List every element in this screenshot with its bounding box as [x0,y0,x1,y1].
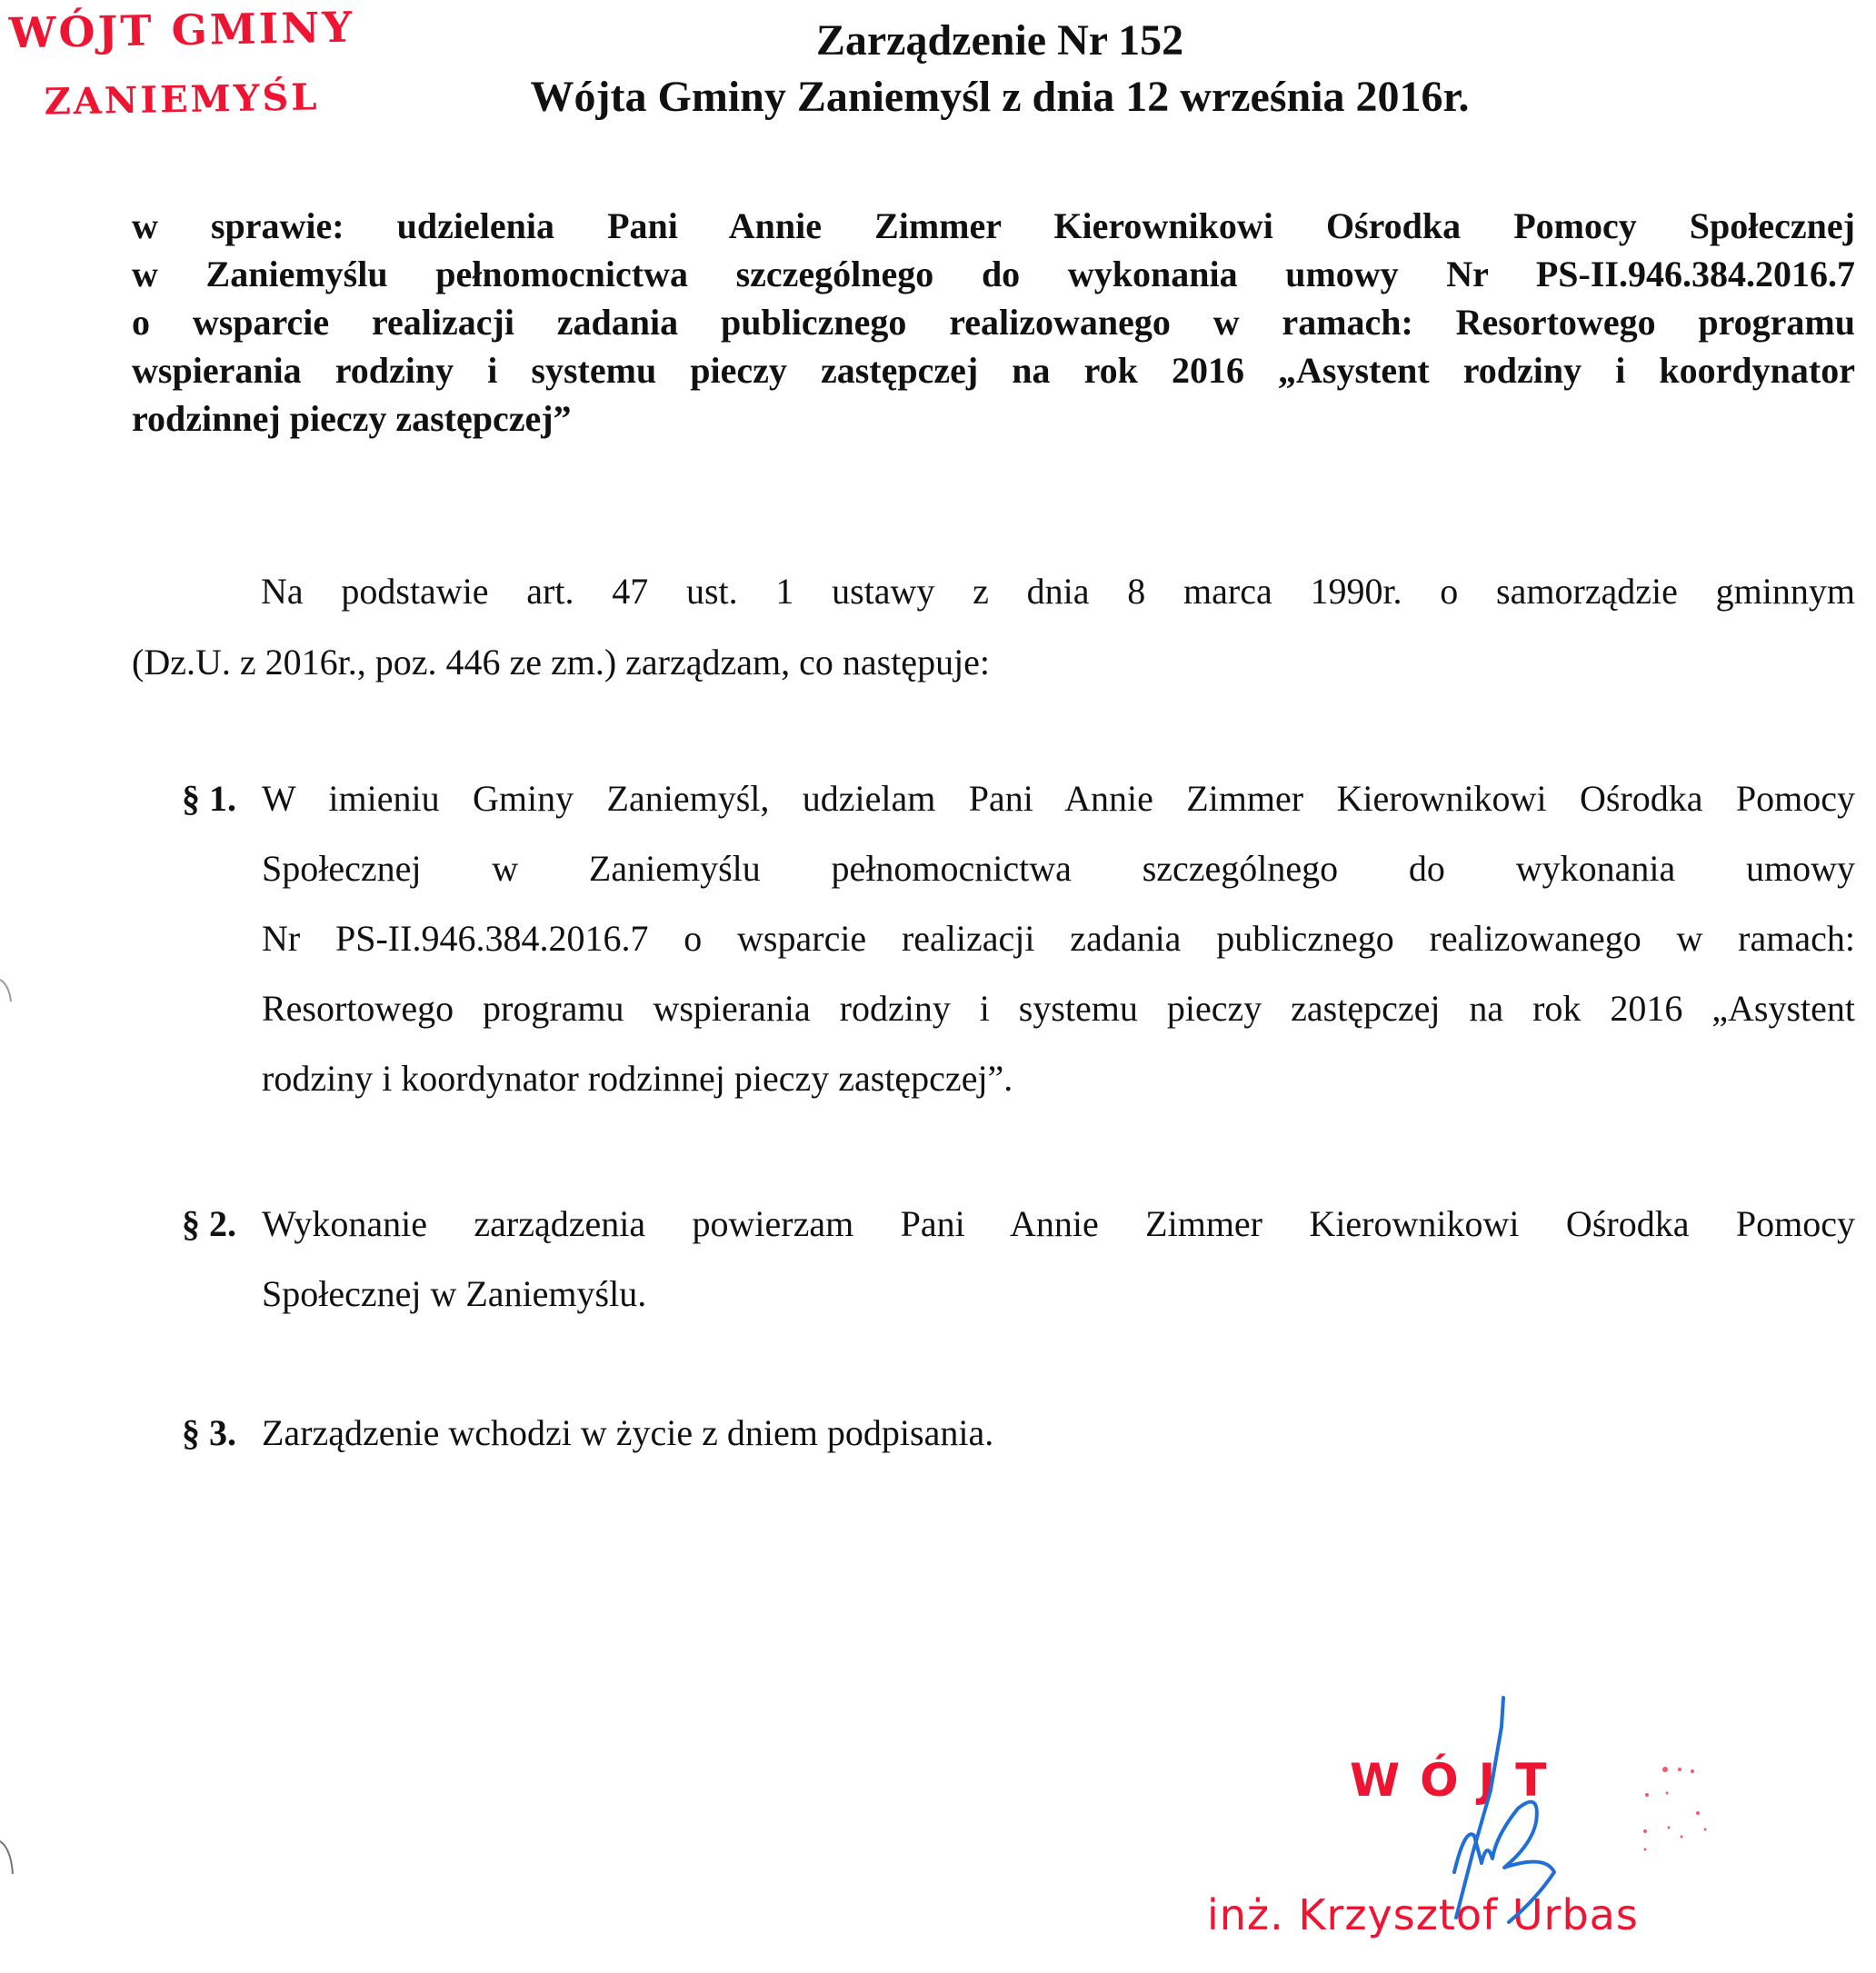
paragraph-line: Resortowego programu wspierania rodziny … [262,973,1855,1043]
paragraph-number: § 2. [182,1189,236,1259]
paragraph-number: § 3. [182,1398,236,1468]
paragraph-3: § 3. Zarządzenie wchodzi w życie z dniem… [182,1398,1855,1468]
scan-edge-mark-icon [0,972,18,1009]
document-header: Zarządzenie Nr 152 Wójta Gminy Zaniemyśl… [409,13,1591,125]
subject-line: w sprawie: udzielenia Pani Annie Zimmer … [132,202,1855,250]
document-subtitle: Wójta Gminy Zaniemyśl z dnia 12 września… [409,69,1591,125]
preamble-line: (Dz.U. z 2016r., poz. 446 ze zm.) zarząd… [132,627,1855,698]
paragraph-line: Zarządzenie wchodzi w życie z dniem podp… [262,1398,1855,1468]
subject-block: w sprawie: udzielenia Pani Annie Zimmer … [132,202,1855,443]
paragraph-line: W imieniu Gminy Zaniemyśl, udzielam Pani… [262,763,1855,833]
paragraph-body: Zarządzenie wchodzi w życie z dniem podp… [262,1398,1855,1468]
paragraph-line: rodziny i koordynator rodzinnej pieczy z… [262,1043,1855,1113]
subject-line: wspierania rodziny i systemu pieczy zast… [132,346,1855,394]
paragraph-number: § 1. [182,763,236,833]
stamp-wojt-gminy: WÓJT GMINY ZANIEMYŚL [0,5,373,121]
handwritten-signature-icon [1418,1690,1600,1936]
stamp-residue-icon [1627,1759,1709,1868]
paragraph-line: Wykonanie zarządzenia powierzam Pani Ann… [262,1189,1855,1259]
paragraph-2: § 2. Wykonanie zarządzenia powierzam Pan… [182,1189,1855,1329]
preamble-line: Na podstawie art. 47 ust. 1 ustawy z dni… [132,556,1855,627]
paragraph-line: Nr PS-II.946.384.2016.7 o wsparcie reali… [262,903,1855,973]
stamp-line-2: ZANIEMYŚL [0,75,373,124]
subject-line: o wsparcie realizacji zadania publiczneg… [132,298,1855,346]
paragraph-body: Wykonanie zarządzenia powierzam Pani Ann… [262,1189,1855,1329]
subject-line: w Zaniemyślu pełnomocnictwa szczególnego… [132,250,1855,298]
paragraph-line: Społecznej w Zaniemyślu. [262,1259,1855,1329]
scan-edge-mark-icon [0,1836,18,1881]
legal-basis-preamble: Na podstawie art. 47 ust. 1 ustawy z dni… [132,556,1855,698]
stamp-line-1: WÓJT GMINY [0,2,373,57]
subject-line: rodzinnej pieczy zastępczej” [132,394,1855,443]
paragraph-line: Społecznej w Zaniemyślu pełnomocnictwa s… [262,833,1855,903]
paragraph-1: § 1. W imieniu Gminy Zaniemyśl, udzielam… [182,763,1855,1113]
document-title: Zarządzenie Nr 152 [409,13,1591,69]
paragraph-body: W imieniu Gminy Zaniemyśl, udzielam Pani… [262,763,1855,1113]
